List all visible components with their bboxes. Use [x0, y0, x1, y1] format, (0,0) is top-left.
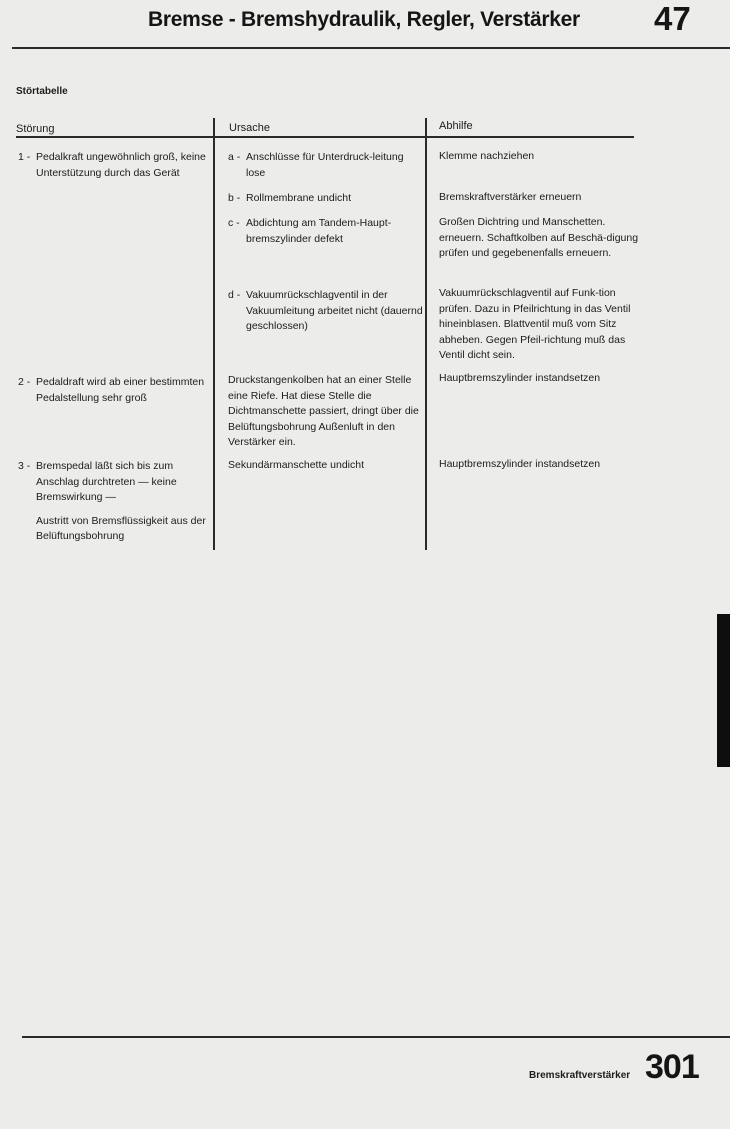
cause-cell: Sekundärmanschette undicht — [228, 458, 423, 474]
problem-cell: 3 -Bremspedal läßt sich bis zum Anschlag… — [18, 459, 210, 545]
cause-text: Vakuumrückschlagventil in der Vakuumleit… — [246, 289, 423, 332]
cause-text: Abdichtung am Tandem-Haupt-bremszylinder… — [246, 217, 391, 245]
cause-cell: Druckstangenkolben hat an einer Stelle e… — [228, 373, 423, 451]
chapter-number: 47 — [654, 0, 691, 38]
cause-letter: b - — [228, 191, 240, 207]
problem-extra-text: Austritt von Bremsflüssigkeit aus der Be… — [36, 515, 206, 543]
column-header-ursache: Ursache — [229, 122, 270, 134]
cause-text: Rollmembrane undicht — [246, 192, 351, 204]
cause-letter: c - — [228, 216, 240, 232]
header-rule — [12, 47, 730, 49]
problem-text: Pedalkraft ungewöhnlich groß, keine Unte… — [36, 151, 206, 179]
footer-label: Bremskraftverstärker — [529, 1070, 630, 1081]
cause-text: Anschlüsse für Unterdruck-leitung lose — [246, 151, 404, 179]
thumb-index-tab — [717, 614, 730, 767]
cause-letter: d - — [228, 288, 240, 304]
problem-text: Bremspedal läßt sich bis zum Anschlag du… — [36, 460, 177, 503]
column-header-abhilfe: Abhilfe — [439, 120, 473, 132]
cause-cell: c -Abdichtung am Tandem-Haupt-bremszylin… — [228, 216, 423, 247]
row-number: 1 - — [18, 150, 30, 166]
table-header-rule — [16, 136, 634, 138]
problem-cell: 2 -Pedaldraft wird ab einer bestimmten P… — [18, 375, 210, 406]
cause-cell: d -Vakuumrückschlagventil in der Vakuuml… — [228, 288, 423, 335]
row-number: 3 - — [18, 459, 30, 475]
column-divider — [213, 118, 215, 550]
row-number: 2 - — [18, 375, 30, 391]
remedy-cell: Bremskraftverstärker erneuern — [439, 190, 639, 206]
remedy-cell: Klemme nachziehen — [439, 149, 639, 165]
cause-cell: b -Rollmembrane undicht — [228, 191, 423, 207]
footer-rule — [22, 1036, 730, 1038]
cause-cell: a -Anschlüsse für Unterdruck-leitung los… — [228, 150, 423, 181]
remedy-cell: Hauptbremszylinder instandsetzen — [439, 457, 639, 473]
problem-text: Pedaldraft wird ab einer bestimmten Peda… — [36, 376, 204, 404]
section-title: Störtabelle — [16, 86, 68, 97]
table-header: Störung Ursache Abhilfe — [0, 118, 730, 138]
page-title: Bremse - Bremshydraulik, Regler, Verstär… — [148, 8, 580, 32]
remedy-cell: Hauptbremszylinder instandsetzen — [439, 371, 639, 387]
remedy-cell: Vakuumrückschlagventil auf Funk-tion prü… — [439, 286, 639, 364]
problem-cell: 1 -Pedalkraft ungewöhnlich groß, keine U… — [18, 150, 210, 181]
cause-letter: a - — [228, 150, 240, 166]
column-divider — [425, 118, 427, 550]
page-number: 301 — [645, 1048, 699, 1087]
column-header-stoerung: Störung — [16, 123, 55, 135]
remedy-cell: Großen Dichtring und Manschetten. erneue… — [439, 215, 639, 262]
